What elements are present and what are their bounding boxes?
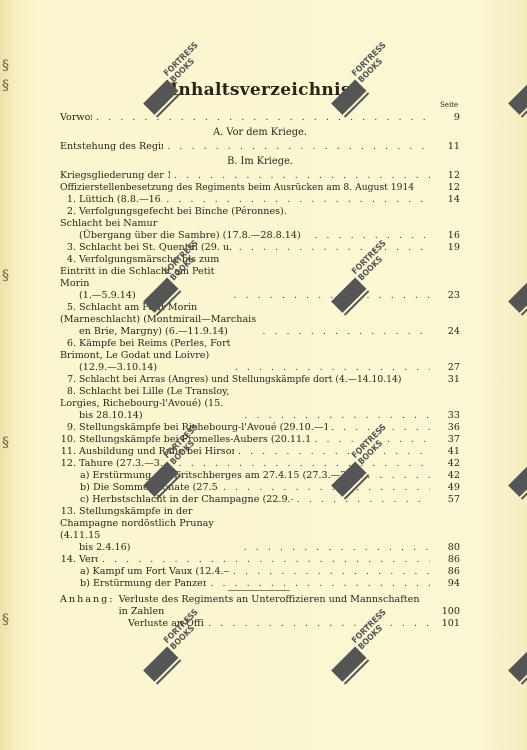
toc-entry[interactable]: 5.Schlacht am Petit Morin (Marneschlacht… — [60, 302, 460, 338]
toc-label: Vorwort — [60, 112, 92, 124]
fortress-books-watermark — [493, 428, 527, 513]
leader-dots: . . . . . . . . . . . . . . . . . . . . … — [262, 326, 430, 338]
toc-page-number: 86 — [434, 554, 460, 566]
toc-entry[interactable]: 4.Verfolgungsmärsche bis zum Eintritt in… — [60, 254, 460, 302]
leader-dots: . . . . . . . . . . . . . . . . . . . . … — [96, 112, 430, 124]
closing-divider — [228, 590, 290, 591]
entry-number: 1. — [60, 194, 76, 206]
entry-number: 12. — [60, 458, 76, 470]
toc-label-line2: en Brie, Margny) (6.—11.9.14) — [60, 326, 258, 338]
toc-label-line1: Kämpfe bei Reims (Perles, Fort Brimont, … — [60, 338, 231, 361]
toc-entry[interactable]: 10.Stellungskämpfe bei Fromelles-Aubers … — [60, 434, 460, 446]
toc-entry[interactable]: 14.Verdun . . . . . . . . . . . . . . . … — [60, 554, 460, 566]
toc-page-number: 100 — [434, 606, 460, 618]
toc-entry[interactable]: 1.Lüttich (8.8.—16.8.14) . . . . . . . .… — [60, 194, 460, 206]
toc-entry-preface[interactable]: Vorwort . . . . . . . . . . . . . . . . … — [60, 112, 460, 124]
toc-entry[interactable]: 2.Verfolgungsgefecht bei Binche (Péronne… — [60, 206, 460, 242]
toc-page-number: 42 — [434, 470, 460, 482]
entry-number: 14. — [60, 554, 76, 566]
toc-page-number: 101 — [434, 618, 460, 630]
toc-entry[interactable]: 9.Stellungskämpfe bei Richebourg-l'Avoué… — [60, 422, 460, 434]
leader-dots: . . . . . . . . . . . . . . . . . . . . … — [233, 566, 430, 578]
toc-page-number: 12 — [434, 182, 460, 194]
leader-dots: . . . . . . . . . . . . . . . . . . . . … — [174, 170, 430, 182]
toc-label: Offizierstellenbesetzung des Regiments b… — [60, 182, 414, 194]
toc-label: Entstehung des Regiments — [60, 141, 163, 153]
edge-mark: § — [2, 612, 9, 628]
book-icon — [508, 647, 527, 682]
edge-mark: § — [2, 435, 9, 451]
entry-number: 5. — [60, 302, 76, 314]
toc-label: Lüttich (8.8.—16.8.14) — [79, 194, 162, 205]
toc-entry[interactable]: Entstehung des Regiments . . . . . . . .… — [60, 141, 460, 153]
toc-page-number: 27 — [434, 362, 460, 374]
toc-page-number: 49 — [434, 482, 460, 494]
toc-label-line1: Verluste des Regiments an Unteroffiziere… — [119, 594, 420, 606]
toc-page-number: 19 — [434, 242, 460, 254]
book-page: § § § § § Inhaltsverzeichnis. Seite Vorw… — [0, 0, 527, 750]
page-title: Inhaltsverzeichnis. — [0, 80, 527, 100]
toc-entry[interactable]: Offizierstellenbesetzung des Regiments b… — [60, 182, 460, 194]
toc-page-number: 86 — [434, 566, 460, 578]
toc-label-line2: (12.9.—3.10.14) — [60, 362, 231, 374]
toc-entry[interactable]: 6.Kämpfe bei Reims (Perles, Fort Brimont… — [60, 338, 460, 374]
toc-page-number: 12 — [434, 170, 460, 182]
leader-dots: . . . . . . . . . . . . . — [314, 230, 430, 242]
book-icon — [508, 278, 527, 313]
fortress-books-watermark — [493, 46, 527, 131]
toc-page-number: 36 — [434, 422, 460, 434]
toc-subentry[interactable]: c) Herbstschlacht in der Champagne (22.9… — [60, 494, 460, 506]
edge-mark: § — [2, 58, 9, 74]
entry-number: 2. — [60, 206, 76, 218]
leader-dots: . . . . . . . . . . . . . . . . . . . . … — [244, 542, 430, 554]
entry-number: 8. — [60, 386, 76, 398]
fortress-books-watermark — [493, 613, 527, 698]
toc-entry[interactable]: 12.Tahure (27.3.—3.11.15) . . . . . . . … — [60, 458, 460, 470]
toc-page-number: 41 — [434, 446, 460, 458]
toc-entry[interactable]: 13.Stellungskämpfe in der Champagne nord… — [60, 506, 460, 554]
leader-dots: . . . . . . . . . . . . . . . . . . . . … — [166, 194, 430, 206]
toc-page-number: 37 — [434, 434, 460, 446]
subentry-letter: a) — [80, 470, 89, 481]
toc-subentry[interactable]: a) Erstürmung des Fritschberges am 27.4.… — [60, 470, 460, 482]
leader-dots: . . . . . . . . . . . . . . . . . . . . … — [208, 618, 430, 630]
toc-label-line2: (Übergang über die Sambre) (17.8.—28.8.1… — [60, 230, 310, 242]
leader-dots: . . . . . . . . . . . . . . . . . . . . … — [223, 482, 430, 494]
entry-number: 9. — [60, 422, 76, 434]
entry-number: 11. — [60, 446, 76, 458]
toc-entry[interactable]: 3.Schlacht bei St. Quentin (29. u. 30.8.… — [60, 242, 460, 254]
toc-page-number: 23 — [434, 290, 460, 302]
toc-page-number: 31 — [434, 374, 460, 386]
entry-number: 3. — [60, 242, 76, 254]
toc-label: Verdun — [79, 554, 98, 565]
entry-number: 4. — [60, 254, 76, 266]
book-icon — [508, 80, 527, 115]
subentry-letter: b) — [80, 578, 90, 589]
table-of-contents: Vorwort . . . . . . . . . . . . . . . . … — [60, 110, 460, 630]
toc-label: Kampf um Fort Vaux (12.4.—1.6.16) — [93, 566, 229, 577]
toc-entry[interactable]: 7.Schlacht bei Arras (Angres) und Stellu… — [60, 374, 460, 386]
entry-number: 13. — [60, 506, 76, 518]
toc-entry[interactable]: 11.Ausbildung und Ruhe bei Hirson (6.— 2… — [60, 446, 460, 458]
toc-page-number: 80 — [434, 542, 460, 554]
toc-subentry[interactable]: b) Die Sommermonate (27.5.—21.9.15) . . … — [60, 482, 460, 494]
toc-entry[interactable]: 8.Schlacht bei Lille (Le Transloy, Lorgi… — [60, 386, 460, 422]
toc-subentry[interactable]: b) Erstürmung der Panzerfeste Vaux . . .… — [60, 578, 460, 590]
toc-appendix-entry[interactable]: Verluste an Offizieren . . . . . . . . .… — [60, 618, 460, 630]
leader-dots: . . . . . . . . . . . . . . . . . . . . … — [167, 141, 430, 153]
toc-label-line1: Schlacht bei Lille (Le Transloy, Lorgies… — [60, 386, 229, 409]
toc-page-number: 9 — [434, 112, 460, 124]
toc-page-number: 14 — [434, 194, 460, 206]
toc-page-number: 94 — [434, 578, 460, 590]
toc-page-number: 42 — [434, 458, 460, 470]
toc-page-number: 16 — [434, 230, 460, 242]
appendix-prefix: Anhang: — [60, 594, 115, 618]
leader-dots: . . . . . . . . . . . . . . . . . . . . — [239, 242, 430, 254]
toc-page-number: 24 — [434, 326, 460, 338]
toc-label: Kriegsgliederung der 13. I.D. — [60, 170, 170, 182]
entry-number: 7. — [60, 374, 76, 386]
fortress-books-watermark — [493, 244, 527, 329]
entry-number: 6. — [60, 338, 76, 350]
section-heading-b: B. Im Kriege. — [60, 155, 460, 169]
toc-label-line1: Stellungskämpfe in der Champagne nordöst… — [60, 506, 214, 541]
toc-label: Schlacht bei St. Quentin (29. u. 30.8.14… — [79, 242, 235, 253]
subentry-letter: b) — [80, 482, 90, 493]
toc-page-number: 57 — [434, 494, 460, 506]
toc-label: Erstürmung der Panzerfeste Vaux — [93, 578, 206, 589]
entry-number: 10. — [60, 434, 76, 446]
section-heading-a: A. Vor dem Kriege. — [60, 126, 460, 140]
subentry-letter: a) — [80, 566, 89, 577]
toc-page-number: 11 — [434, 141, 460, 153]
toc-appendix-entry[interactable]: Anhang: Verluste des Regiments an Untero… — [60, 594, 460, 618]
subentry-letter: c) — [80, 494, 89, 505]
leader-dots: . . . . . . . . . . . . . . . . . . . . … — [102, 554, 430, 566]
toc-entry[interactable]: Kriegsgliederung der 13. I.D. . . . . . … — [60, 170, 460, 182]
book-icon — [508, 462, 527, 497]
leader-dots: . . . . . . . . . . . . . . . . . . . . … — [235, 362, 430, 374]
page-column-label: Seite — [440, 101, 458, 109]
toc-label: Herbstschlacht in der Champagne (22.9.—3… — [92, 494, 292, 505]
edge-mark: § — [2, 268, 9, 284]
leader-dots: . . . . . . . . . . . . . . . . . . . . … — [210, 578, 430, 590]
toc-subentry[interactable]: a) Kampf um Fort Vaux (12.4.—1.6.16) . .… — [60, 566, 460, 578]
toc-label-line2: bis 2.4.16) — [60, 542, 240, 554]
toc-page-number: 33 — [434, 410, 460, 422]
leader-dots: . . . . . . . . . . . . . . . . . . . . … — [245, 410, 430, 422]
toc-label-line1: Verfolgungsgefecht bei Binche (Péronnes)… — [60, 206, 287, 229]
toc-label: Schlacht bei Arras (Angres) und Stellung… — [79, 374, 401, 385]
toc-label-line2: bis 28.10.14) — [60, 410, 241, 422]
